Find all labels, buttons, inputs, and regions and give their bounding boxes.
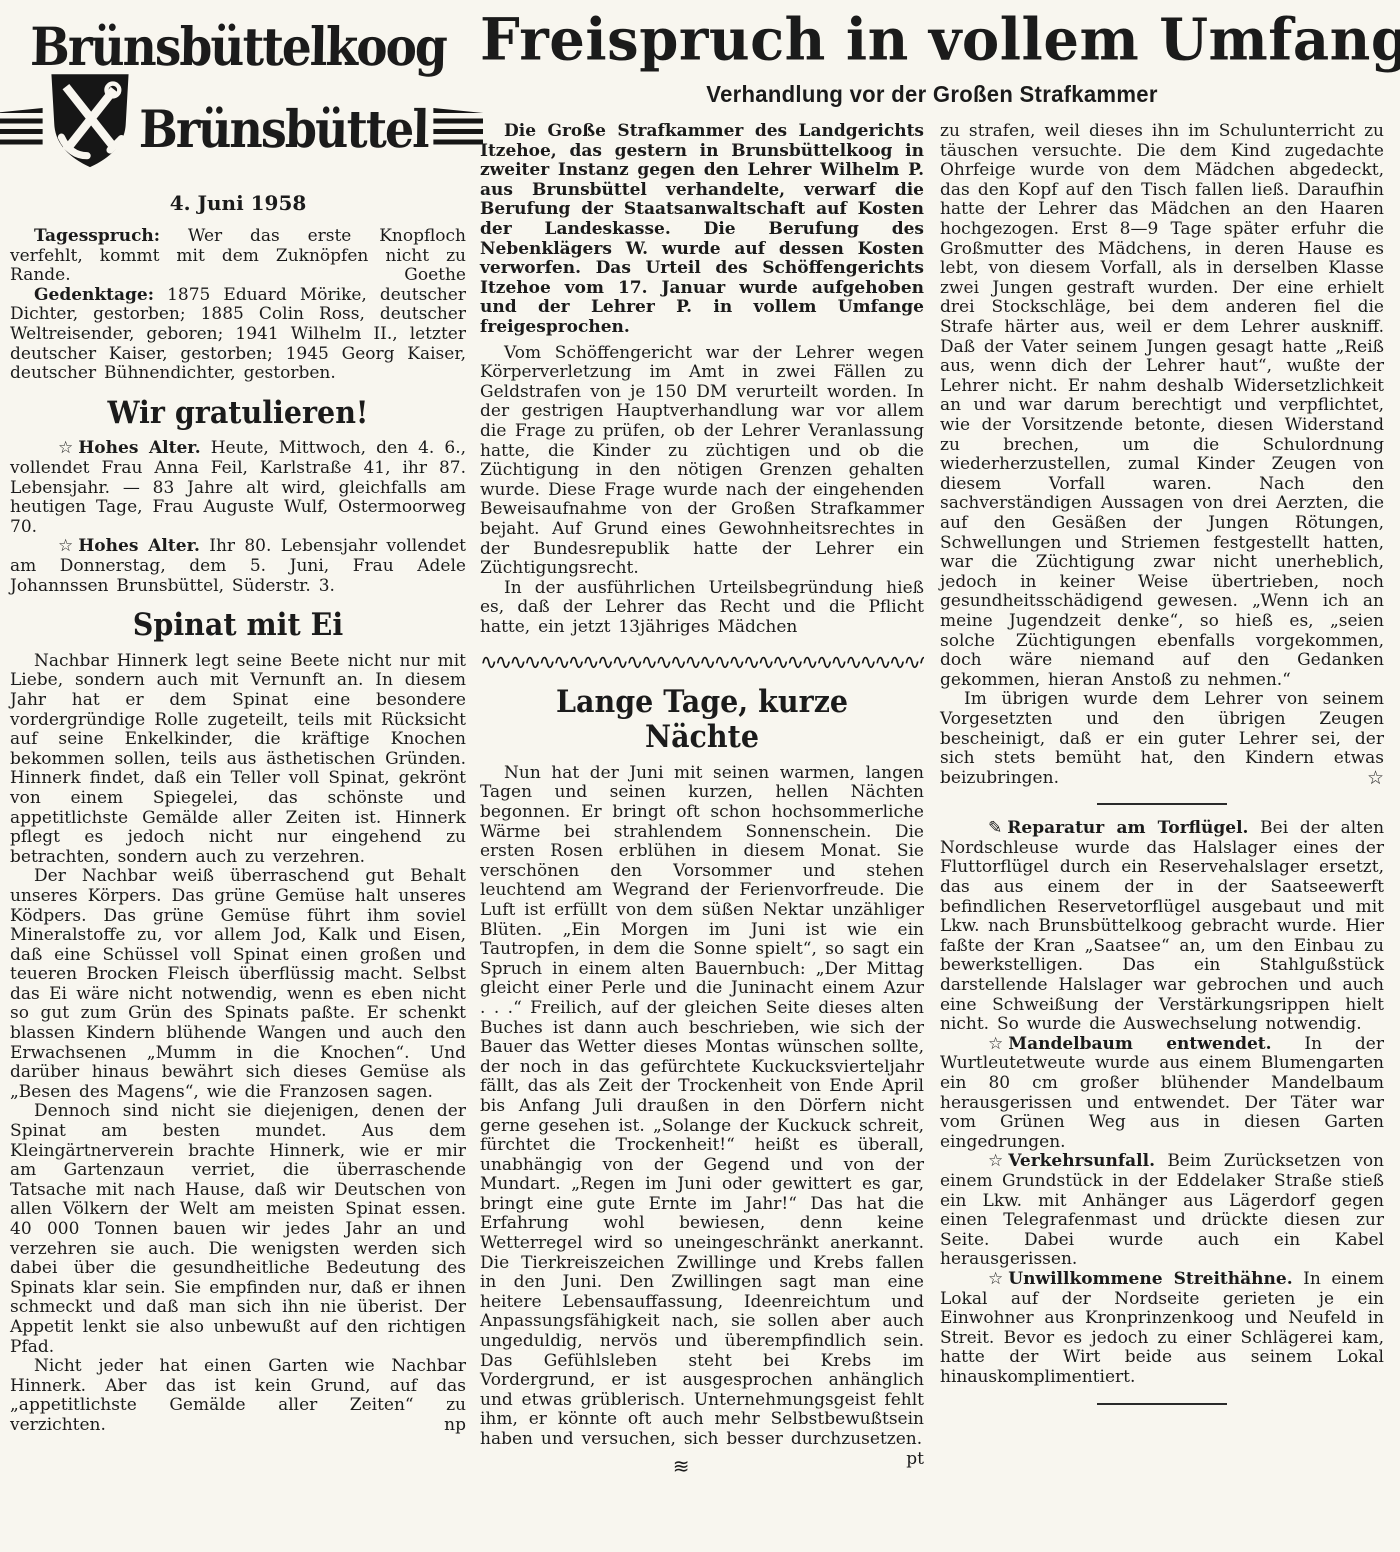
gratulieren-item: ☆Hohes Alter. Ihr 80. Lebensjahr vollend… [10,537,466,596]
star-icon: ☆ [34,537,73,557]
wave-ornament-divider: ∿∿∿∿∿∿∿∿∿∿∿∿∿∿∿∿∿∿∿∿∿∿∿∿∿∿∿∿∿∿∿∿∿∿∿∿∿∿∿∿ [480,652,924,673]
gratulieren-item: ☆Hohes Alter. Heute, Mittwoch, den 4. 6.… [10,439,466,537]
article-paragraph-text: Im übrigen wurde dem Lehrer von seinem V… [940,689,1384,787]
main-article-area: Freispruch in vollem Umfang Verhandlung … [480,10,1384,1478]
masthead-flourish-right [433,108,483,150]
article-paragraph: Vom Schöffengericht war der Lehrer wegen… [480,344,924,579]
lange-tage-body: Nun hat der Juni mit seinen warmen, lang… [480,764,924,1450]
spinat-paragraph-text: Nicht jeder hat einen Garten wie Nachbar… [10,1356,466,1435]
author-initials: np [420,1416,466,1436]
lange-tage-heading: Lange Tage, kurze Nächte [498,685,906,756]
right-column: zu strafen, weil dieses ihn im Schulunte… [940,122,1384,1478]
section-divider [1097,803,1227,805]
news-item-text: Bei der alten Nordschleuse wurde das Hal… [940,818,1384,1034]
pen-icon: ✎ [964,819,1002,839]
main-columns: Die Große Strafkammer des Landgerichts I… [480,122,1384,1478]
newspaper-page: Brünsbüttelkoog Brünsbüttel [0,0,1400,1478]
main-subheadline: Verhandlung vor der Großen Strafkammer [498,81,1366,108]
spinat-paragraph: Dennoch sind nicht sie diejenigen, denen… [10,1102,466,1357]
news-item-label: Unwillkommene Streithähne. [1008,1269,1292,1289]
star-icon: ☆ [1343,769,1384,788]
news-item: ☆Mandelbaum entwendet. In der Wurtleutet… [940,1035,1384,1153]
news-item-label: Mandelbaum entwendet. [1008,1034,1271,1054]
gratulieren-item-label: Hohes Alter. [78,438,200,458]
news-item: ☆Verkehrsunfall. Beim Zurücksetzen von e… [940,1152,1384,1270]
gedenktage-label: Gedenktage: [34,285,154,305]
author-initials: pt [882,1450,924,1470]
article-paragraph: In der ausführlichen Urteilsbegründung h… [480,579,924,638]
star-icon: ☆ [964,1035,1003,1055]
masthead-flourish-left [0,108,43,150]
article-continuation-paragraph: zu strafen, weil dieses ihn im Schulunte… [940,122,1384,690]
tagesspruch-author: Goethe [380,266,466,286]
news-item-text: Beim Zurücksetzen von einem Grundstück i… [940,1151,1384,1269]
news-item-label: Verkehrsunfall. [1008,1151,1155,1171]
gratulieren-item-label: Hohes Alter. [78,536,200,556]
news-item: ✎Reparatur am Torflügel. Bei der alten N… [940,819,1384,1035]
spinat-paragraph: Nachbar Hinnerk legt seine Beete nicht n… [10,652,466,868]
lange-tage-text: Nun hat der Juni mit seinen warmen, lang… [480,763,924,1449]
masthead-line2: Brünsbüttel [10,79,466,179]
masthead: Brünsbüttelkoog Brünsbüttel [10,10,466,215]
lead-paragraph: Die Große Strafkammer des Landgerichts I… [480,122,924,338]
gratulieren-heading: Wir gratulieren! [28,396,448,432]
tagesspruch-label: Tagesspruch: [34,226,160,246]
news-item: ☆Unwillkommene Streithähne. In einem Lok… [940,1270,1384,1388]
main-headline: Freispruch in vollem Umfang [480,11,1384,70]
star-icon: ☆ [964,1152,1003,1172]
star-icon: ☆ [964,1270,1003,1290]
edition-date: 4. Juni 1958 [10,191,466,215]
masthead-title-line1: Brünsbüttelkoog [10,21,467,74]
left-column: Brünsbüttelkoog Brünsbüttel [10,10,466,1478]
star-icon: ☆ [34,439,73,459]
tagesspruch-paragraph: Tagesspruch: Wer das erste Knopfloch ver… [10,227,466,286]
article-lead: Die Große Strafkammer des Landgerichts I… [480,122,924,338]
article-end-ornament: ≋ [480,1454,924,1478]
bottom-divider [1097,1403,1227,1405]
gedenktage-paragraph: Gedenktage: 1875 Eduard Mörike, deutsche… [10,286,466,384]
spinat-paragraph: Der Nachbar weiß überraschend gut Behalt… [10,867,466,1102]
anchor-shield-emblem [47,70,133,174]
center-column: Die Große Strafkammer des Landgerichts I… [480,122,924,1478]
masthead-title-line2: Brünsbüttel [138,99,428,159]
news-item-label: Reparatur am Torflügel. [1007,818,1248,838]
article-paragraph: Im übrigen wurde dem Lehrer von seinem V… [940,690,1384,788]
spinat-heading: Spinat mit Ei [28,608,448,644]
spinat-paragraph: Nicht jeder hat einen Garten wie Nachbar… [10,1357,466,1435]
